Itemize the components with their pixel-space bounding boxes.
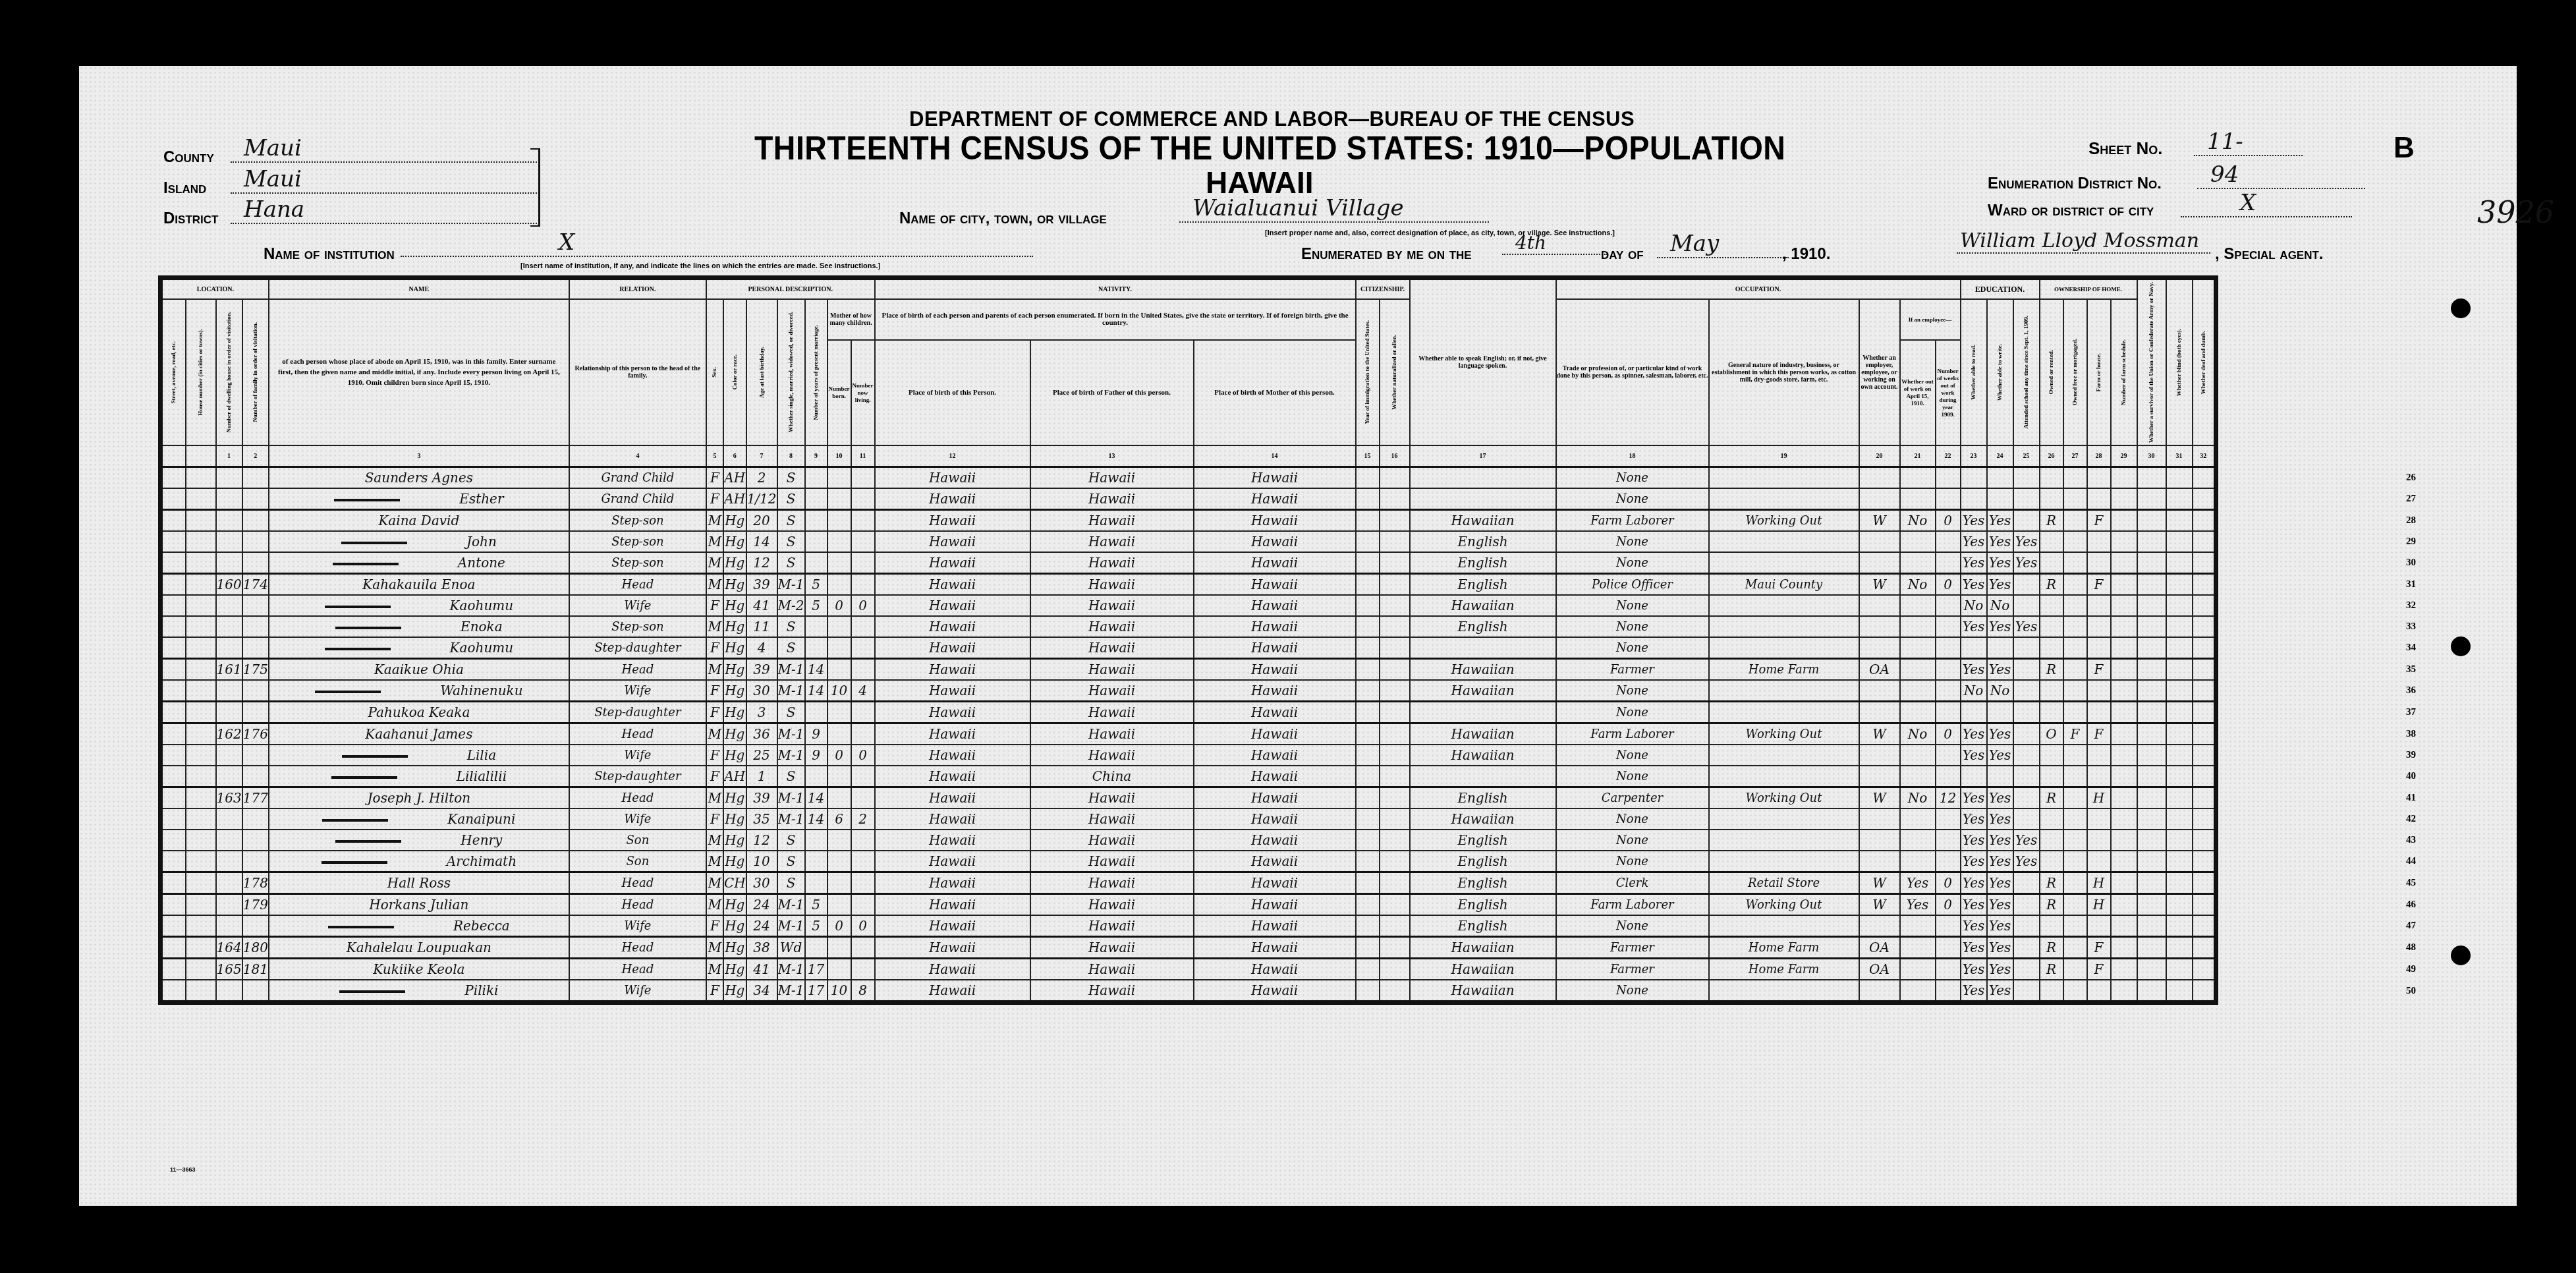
- cell-school: [2013, 702, 2040, 723]
- cell-write: Yes: [1987, 787, 2013, 809]
- cell-industry: [1709, 488, 1859, 510]
- cell-empty: [2166, 595, 2193, 616]
- person-name: Kaaikue Ohia: [269, 659, 569, 681]
- cell-emp: [1859, 680, 1900, 702]
- cell-school: [2013, 574, 2040, 596]
- cell-bp: Hawaii: [875, 766, 1030, 787]
- cell-bp: Hawaii: [875, 830, 1030, 851]
- cell-marital: M-1: [777, 808, 805, 830]
- cell-born: 0: [827, 595, 851, 616]
- cell-living: 0: [851, 915, 875, 937]
- cell-sex: M: [706, 723, 723, 745]
- cell-empty: [2137, 723, 2166, 745]
- cell-empty: [186, 851, 216, 872]
- cell-own: [2040, 616, 2063, 637]
- cell-industry: [1709, 531, 1859, 552]
- ditto-dash: [334, 499, 400, 501]
- cell-born: [827, 552, 851, 574]
- cell-own: [2040, 637, 2063, 659]
- census-rows: Saunders AgnesGrand ChildFAH2SHawaiiHawa…: [161, 467, 2216, 1003]
- cell-bp: Hawaii: [875, 595, 1030, 616]
- cell-marital: Wd: [777, 937, 805, 959]
- cell-farm: [2087, 745, 2111, 766]
- cell-write: Yes: [1987, 616, 2013, 637]
- cell-wks: [1936, 766, 1961, 787]
- cell-empty: [2166, 531, 2193, 552]
- cell-empty: [2193, 830, 2216, 851]
- cell-age: 12: [746, 552, 777, 574]
- cell-bpf: Hawaii: [1030, 723, 1194, 745]
- cell-empty: [2137, 637, 2166, 659]
- cell-age: 12: [746, 830, 777, 851]
- person-name: Kaohumu: [269, 637, 569, 659]
- cell-dwelling: [216, 595, 242, 616]
- cell-read: No: [1961, 680, 1987, 702]
- cell-free: [2063, 680, 2087, 702]
- cell-industry: [1709, 680, 1859, 702]
- cell-wks: [1936, 467, 1961, 489]
- cell-bpm: Hawaii: [1194, 830, 1356, 851]
- cell-sex: F: [706, 595, 723, 616]
- cell-lang: Hawaiian: [1410, 595, 1556, 616]
- cell-empty: [2166, 510, 2193, 532]
- cell-trade: None: [1556, 915, 1709, 937]
- cell-emp: [1859, 616, 1900, 637]
- cell-living: [851, 488, 875, 510]
- cell-trade: Farmer: [1556, 659, 1709, 681]
- cell-wks: [1936, 959, 1961, 980]
- header-out-of-work: Whether out of work on April 15, 1910.: [1900, 340, 1936, 445]
- cell-empty: [161, 787, 186, 809]
- cell-living: [851, 787, 875, 809]
- cell-bpf: Hawaii: [1030, 552, 1194, 574]
- cell-bp: Hawaii: [875, 959, 1030, 980]
- cell-sex: F: [706, 488, 723, 510]
- cell-born: [827, 616, 851, 637]
- cell-empty: [161, 616, 186, 637]
- cell-trade: None: [1556, 830, 1709, 851]
- cell-sched: [2111, 574, 2137, 596]
- cell-industry: [1709, 595, 1859, 616]
- cell-bpm: Hawaii: [1194, 680, 1356, 702]
- cell-bpf: Hawaii: [1030, 531, 1194, 552]
- cell-empty: [161, 830, 186, 851]
- cell-living: [851, 531, 875, 552]
- cell-living: [851, 702, 875, 723]
- cell-free: [2063, 959, 2087, 980]
- cell-emp: [1859, 980, 1900, 1003]
- cell-empty: [161, 659, 186, 681]
- cell-yrs: 5: [805, 894, 827, 916]
- cell-empty: [2193, 702, 2216, 723]
- cell-empty: [186, 723, 216, 745]
- cell-marital: M-1: [777, 723, 805, 745]
- cell-yrs: 9: [805, 745, 827, 766]
- cell-write: Yes: [1987, 915, 2013, 937]
- cell-relation: Wife: [569, 915, 706, 937]
- cell-farm: F: [2087, 574, 2111, 596]
- cell-empty: [1356, 766, 1380, 787]
- cell-own: [2040, 808, 2063, 830]
- cell-bpf: Hawaii: [1030, 467, 1194, 489]
- cell-lang: Hawaiian: [1410, 723, 1556, 745]
- cell-empty: [161, 894, 186, 916]
- cell-family: [242, 808, 269, 830]
- cell-bpf: Hawaii: [1030, 980, 1194, 1003]
- cell-free: [2063, 851, 2087, 872]
- cell-dwelling: [216, 531, 242, 552]
- cell-own: [2040, 680, 2063, 702]
- cell-empty: [161, 745, 186, 766]
- cell-family: [242, 851, 269, 872]
- cell-farm: F: [2087, 937, 2111, 959]
- table-row: ArchimathSonMHg10SHawaiiHawaiiHawaiiEngl…: [161, 851, 2216, 872]
- cell-farm: [2087, 808, 2111, 830]
- cell-empty: [1380, 937, 1410, 959]
- cell-relation: Step-daughter: [569, 702, 706, 723]
- cell-oow: [1900, 745, 1936, 766]
- cell-bp: Hawaii: [875, 745, 1030, 766]
- cell-empty: [2137, 745, 2166, 766]
- cell-lang: [1410, 637, 1556, 659]
- cell-marital: S: [777, 766, 805, 787]
- cell-sched: [2111, 616, 2137, 637]
- cell-school: [2013, 937, 2040, 959]
- cell-empty: [1380, 766, 1410, 787]
- cell-sched: [2111, 702, 2137, 723]
- cell-race: Hg: [723, 937, 746, 959]
- cell-race: Hg: [723, 830, 746, 851]
- cell-oow: [1900, 637, 1936, 659]
- cell-empty: [1380, 467, 1410, 489]
- cell-empty: [186, 937, 216, 959]
- header-nativity-desc: Place of birth of each person and parent…: [875, 299, 1356, 340]
- cell-dwelling: [216, 510, 242, 532]
- cell-free: [2063, 510, 2087, 532]
- header-language: Whether able to speak English; or, if no…: [1410, 278, 1556, 446]
- cell-oow: [1900, 702, 1936, 723]
- ward-label: Ward or district of city: [1988, 202, 2154, 220]
- cell-living: [851, 959, 875, 980]
- header-owned-rented: Owned or rented.: [2040, 299, 2063, 445]
- cell-race: Hg: [723, 894, 746, 916]
- cell-wks: [1936, 595, 1961, 616]
- cell-wks: [1936, 616, 1961, 637]
- cell-read: Yes: [1961, 808, 1987, 830]
- cell-bpf: Hawaii: [1030, 488, 1194, 510]
- cell-trade: Farmer: [1556, 937, 1709, 959]
- cell-trade: Police Officer: [1556, 574, 1709, 596]
- cell-free: [2063, 467, 2087, 489]
- cell-bpm: Hawaii: [1194, 595, 1356, 616]
- cell-farm: H: [2087, 787, 2111, 809]
- cell-family: 177: [242, 787, 269, 809]
- header-birth-mother: Place of birth of Mother of this person.: [1194, 340, 1356, 445]
- cell-empty: [161, 808, 186, 830]
- cell-emp: OA: [1859, 937, 1900, 959]
- cell-lang: [1410, 702, 1556, 723]
- cell-wks: [1936, 980, 1961, 1003]
- cell-empty: [1356, 959, 1380, 980]
- cell-family: 174: [242, 574, 269, 596]
- cell-farm: [2087, 616, 2111, 637]
- cell-age: 39: [746, 659, 777, 681]
- cell-industry: Home Farm: [1709, 937, 1859, 959]
- cell-read: [1961, 488, 1987, 510]
- cell-empty: [1356, 702, 1380, 723]
- cell-yrs: [805, 488, 827, 510]
- cell-farm: [2087, 595, 2111, 616]
- line-number: 35: [2406, 659, 2426, 681]
- cell-lang: English: [1410, 830, 1556, 851]
- cell-sched: [2111, 467, 2137, 489]
- cell-empty: [1356, 680, 1380, 702]
- line-number: 44: [2406, 851, 2426, 872]
- header-weeks-out: Number of weeks out of work during year …: [1936, 340, 1961, 445]
- county-field: Maui: [231, 135, 537, 163]
- group-education: EDUCATION.: [1961, 278, 2040, 300]
- cell-yrs: [805, 830, 827, 851]
- institution-field: X: [401, 229, 1033, 257]
- cell-empty: [186, 915, 216, 937]
- cell-empty: [186, 595, 216, 616]
- cell-empty: [2137, 595, 2166, 616]
- person-name: Kaohumu: [269, 595, 569, 616]
- cell-industry: [1709, 616, 1859, 637]
- cell-sex: M: [706, 937, 723, 959]
- cell-living: [851, 467, 875, 489]
- cell-sex: F: [706, 808, 723, 830]
- cell-oow: [1900, 616, 1936, 637]
- cell-trade: None: [1556, 616, 1709, 637]
- cell-family: [242, 745, 269, 766]
- cell-dwelling: [216, 552, 242, 574]
- cell-empty: [1380, 959, 1410, 980]
- cell-marital: S: [777, 510, 805, 532]
- table-row: KaohumuWifeFHg41M-2500HawaiiHawaiiHawaii…: [161, 595, 2216, 616]
- cell-empty: [1356, 830, 1380, 851]
- header-race: Color or race.: [723, 299, 746, 445]
- cell-race: Hg: [723, 808, 746, 830]
- cell-farm: [2087, 851, 2111, 872]
- cell-dwelling: [216, 702, 242, 723]
- cell-sched: [2111, 787, 2137, 809]
- cell-empty: [2166, 659, 2193, 681]
- cell-dwelling: [216, 637, 242, 659]
- ditto-dash: [325, 606, 391, 608]
- cell-family: [242, 467, 269, 489]
- cell-trade: None: [1556, 552, 1709, 574]
- header-sex: Sex.: [706, 299, 723, 445]
- ed-label: Enumeration District No.: [1988, 175, 2162, 193]
- cell-empty: [161, 467, 186, 489]
- cell-bpm: Hawaii: [1194, 531, 1356, 552]
- cell-empty: [2166, 851, 2193, 872]
- cell-empty: [2193, 574, 2216, 596]
- year-label: , 1910.: [1782, 245, 1830, 264]
- cell-oow: [1900, 915, 1936, 937]
- cell-industry: Working Out: [1709, 723, 1859, 745]
- cell-age: 35: [746, 808, 777, 830]
- cell-sex: F: [706, 680, 723, 702]
- cell-marital: S: [777, 702, 805, 723]
- cell-bpf: Hawaii: [1030, 830, 1194, 851]
- person-name: Piliki: [269, 980, 569, 1003]
- cell-empty: [2166, 488, 2193, 510]
- cell-relation: Step-daughter: [569, 637, 706, 659]
- cell-empty: [2193, 637, 2216, 659]
- table-row: LiliaWifeFHg25M-1900HawaiiHawaiiHawaiiHa…: [161, 745, 2216, 766]
- cell-read: Yes: [1961, 616, 1987, 637]
- cell-trade: None: [1556, 595, 1709, 616]
- cell-write: [1987, 702, 2013, 723]
- cell-race: Hg: [723, 980, 746, 1003]
- cell-born: [827, 851, 851, 872]
- cell-empty: [186, 680, 216, 702]
- table-row: HenrySonMHg12SHawaiiHawaiiHawaiiEnglishN…: [161, 830, 2216, 851]
- cell-bpm: Hawaii: [1194, 872, 1356, 894]
- cell-empty: [2193, 616, 2216, 637]
- cell-industry: [1709, 702, 1859, 723]
- cell-free: F: [2063, 723, 2087, 745]
- cell-own: [2040, 980, 2063, 1003]
- cell-empty: [1356, 467, 1380, 489]
- cell-sex: M: [706, 552, 723, 574]
- cell-sex: M: [706, 616, 723, 637]
- cell-empty: [2137, 488, 2166, 510]
- cell-empty: [2166, 745, 2193, 766]
- ditto-dash: [342, 755, 408, 758]
- person-name: Kahalelau Loupuakan: [269, 937, 569, 959]
- cell-emp: [1859, 637, 1900, 659]
- cell-empty: [2137, 510, 2166, 532]
- cell-living: 4: [851, 680, 875, 702]
- cell-wks: 0: [1936, 574, 1961, 596]
- cell-dwelling: [216, 915, 242, 937]
- cell-relation: Grand Child: [569, 488, 706, 510]
- cell-bpf: China: [1030, 766, 1194, 787]
- cell-empty: [2166, 637, 2193, 659]
- cell-empty: [1356, 723, 1380, 745]
- cell-relation: Son: [569, 851, 706, 872]
- cell-trade: None: [1556, 851, 1709, 872]
- cell-yrs: [805, 637, 827, 659]
- cell-write: Yes: [1987, 851, 2013, 872]
- cell-relation: Step-son: [569, 531, 706, 552]
- cell-trade: Farm Laborer: [1556, 510, 1709, 532]
- cell-bpm: Hawaii: [1194, 915, 1356, 937]
- cell-race: AH: [723, 766, 746, 787]
- cell-empty: [161, 851, 186, 872]
- group-personal: PERSONAL DESCRIPTION.: [706, 278, 875, 300]
- cell-dwelling: [216, 766, 242, 787]
- cell-empty: [2137, 659, 2166, 681]
- cell-bpm: Hawaii: [1194, 702, 1356, 723]
- cell-age: 24: [746, 915, 777, 937]
- cell-lang: English: [1410, 915, 1556, 937]
- cell-family: [242, 488, 269, 510]
- cell-empty: [1356, 937, 1380, 959]
- cell-dwelling: 161: [216, 659, 242, 681]
- cell-empty: [1356, 616, 1380, 637]
- cell-empty: [1356, 488, 1380, 510]
- enumerated-month: May: [1657, 231, 1789, 258]
- cell-marital: M-1: [777, 787, 805, 809]
- cell-empty: [1356, 808, 1380, 830]
- cell-living: 0: [851, 595, 875, 616]
- cell-age: 30: [746, 872, 777, 894]
- cell-living: [851, 872, 875, 894]
- cell-school: [2013, 959, 2040, 980]
- cell-free: [2063, 488, 2087, 510]
- line-number: 45: [2406, 872, 2426, 894]
- cell-industry: [1709, 552, 1859, 574]
- enumerated-day: 4th: [1502, 232, 1608, 255]
- cell-relation: Head: [569, 894, 706, 916]
- cell-age: 2: [746, 467, 777, 489]
- line-number: 42: [2406, 808, 2426, 830]
- cell-bpf: Hawaii: [1030, 872, 1194, 894]
- cell-living: [851, 574, 875, 596]
- ditto-dash: [328, 926, 394, 928]
- cell-empty: [186, 488, 216, 510]
- cell-empty: [186, 574, 216, 596]
- cell-farm: F: [2087, 659, 2111, 681]
- cell-bpm: Hawaii: [1194, 637, 1356, 659]
- cell-sched: [2111, 851, 2137, 872]
- person-name: Pahukoa Keaka: [269, 702, 569, 723]
- cell-yrs: 14: [805, 680, 827, 702]
- group-nativity: NATIVITY.: [875, 278, 1356, 300]
- cell-family: [242, 980, 269, 1003]
- table-row: EstherGrand ChildFAH1/12SHawaiiHawaiiHaw…: [161, 488, 2216, 510]
- cell-empty: [2193, 659, 2216, 681]
- cell-family: 176: [242, 723, 269, 745]
- cell-trade: None: [1556, 745, 1709, 766]
- cell-dwelling: 164: [216, 937, 242, 959]
- cell-own: [2040, 702, 2063, 723]
- cell-wks: [1936, 915, 1961, 937]
- cell-wks: [1936, 808, 1961, 830]
- cell-family: 180: [242, 937, 269, 959]
- cell-empty: [2137, 959, 2166, 980]
- cell-empty: [2137, 894, 2166, 916]
- cell-sex: F: [706, 702, 723, 723]
- cell-trade: Carpenter: [1556, 787, 1709, 809]
- cell-write: Yes: [1987, 808, 2013, 830]
- header-marital: Whether single, married, widowed, or div…: [777, 299, 805, 445]
- cell-empty: [186, 702, 216, 723]
- cell-empty: [1380, 552, 1410, 574]
- cell-family: [242, 915, 269, 937]
- cell-living: [851, 937, 875, 959]
- table-row: EnokaStep-sonMHg11SHawaiiHawaiiHawaiiEng…: [161, 616, 2216, 637]
- cell-empty: [2193, 787, 2216, 809]
- cell-bp: Hawaii: [875, 680, 1030, 702]
- cell-race: Hg: [723, 552, 746, 574]
- cell-relation: Head: [569, 659, 706, 681]
- header-farm-house: Farm or house.: [2087, 299, 2111, 445]
- cell-empty: [186, 510, 216, 532]
- cell-lang: English: [1410, 894, 1556, 916]
- header-age: Age at last birthday.: [746, 299, 777, 445]
- cell-empty: [2166, 787, 2193, 809]
- cell-sex: M: [706, 510, 723, 532]
- cell-industry: [1709, 766, 1859, 787]
- cell-bpm: Hawaii: [1194, 510, 1356, 532]
- cell-oow: [1900, 766, 1936, 787]
- cell-oow: No: [1900, 574, 1936, 596]
